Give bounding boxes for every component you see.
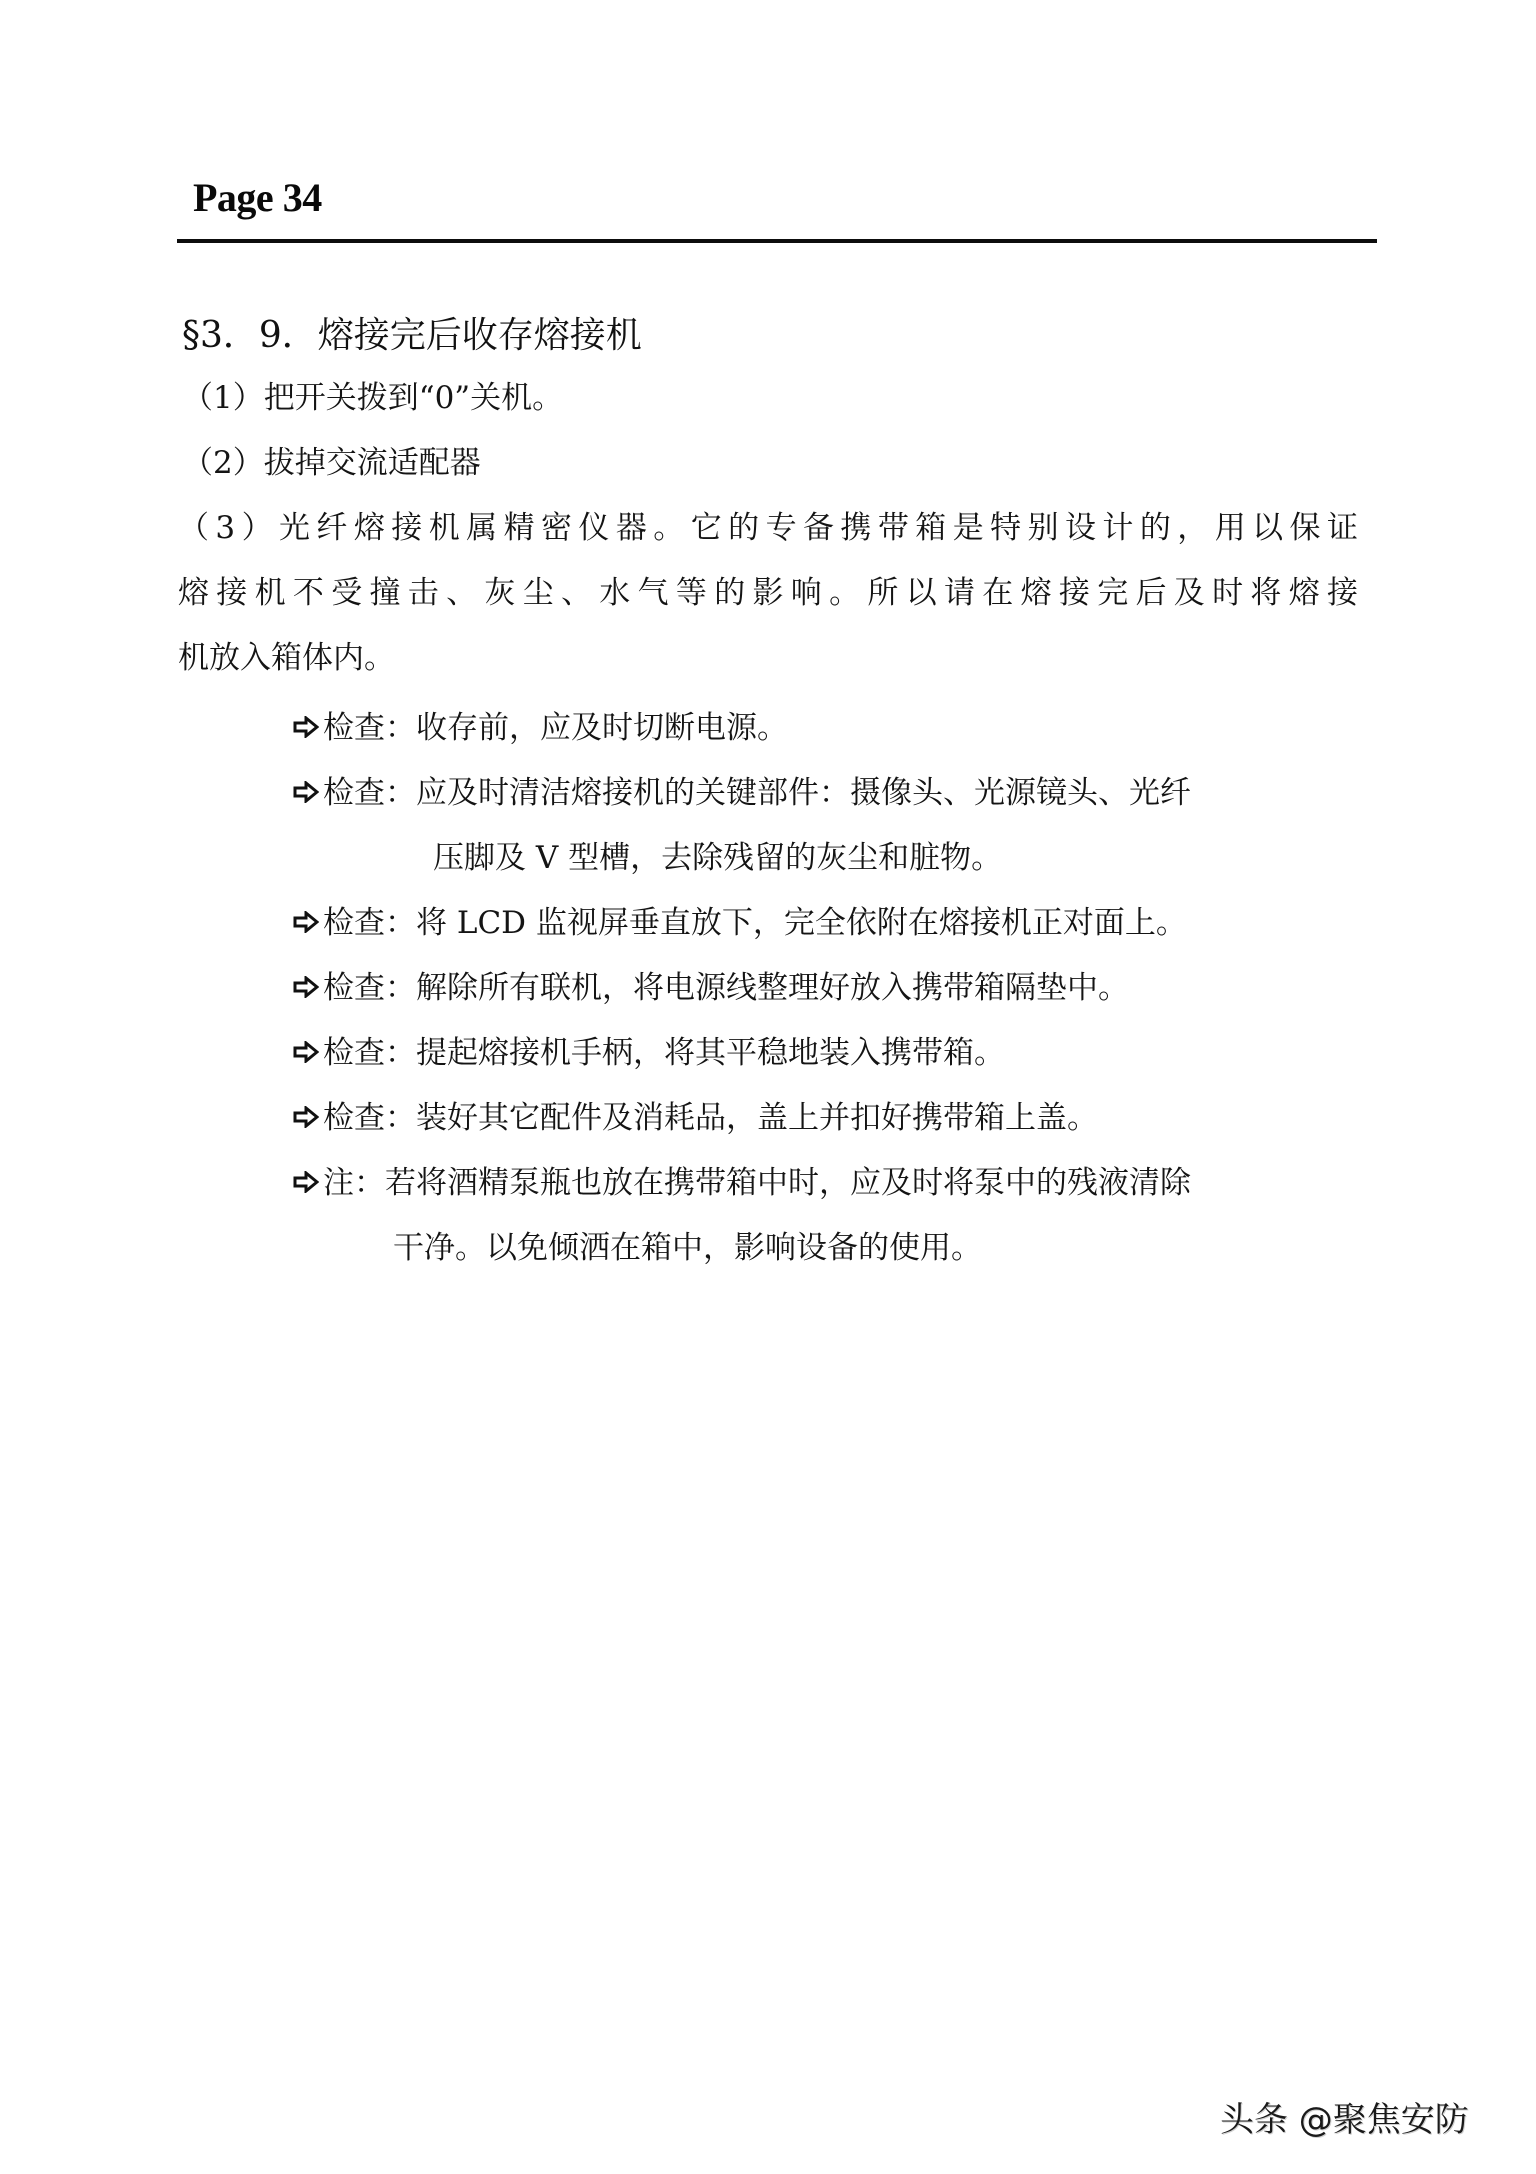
page-header: Page 34 xyxy=(193,176,322,220)
check-item: 检查：收存前，应及时切断电源。 xyxy=(293,708,788,748)
arrow-right-outline-icon xyxy=(293,1171,323,1193)
arrow-right-outline-icon xyxy=(293,716,323,738)
check-item-continuation: 压脚及 V 型槽，去除残留的灰尘和脏物。 xyxy=(433,838,1002,878)
note-item: 注：若将酒精泵瓶也放在携带箱中时，应及时将泵中的残液清除 xyxy=(293,1163,1191,1203)
arrow-right-outline-icon xyxy=(293,781,323,803)
check-item: 检查：将 LCD 监视屏垂直放下，完全依附在熔接机正对面上。 xyxy=(293,903,1187,943)
section-heading: §3．9．熔接完后收存熔接机 xyxy=(182,313,642,359)
arrow-right-outline-icon xyxy=(293,1106,323,1128)
check-text: 检查：解除所有联机，将电源线整理好放入携带箱隔垫中。 xyxy=(323,970,1129,1006)
check-item: 检查：应及时清洁熔接机的关键部件：摄像头、光源镜头、光纤 xyxy=(293,773,1191,813)
note-text: 注：若将酒精泵瓶也放在携带箱中时，应及时将泵中的残液清除 xyxy=(323,1165,1191,1201)
check-text: 检查：提起熔接机手柄，将其平稳地装入携带箱。 xyxy=(323,1035,1005,1071)
check-item: 检查：解除所有联机，将电源线整理好放入携带箱隔垫中。 xyxy=(293,968,1129,1008)
check-text: 检查：装好其它配件及消耗品，盖上并扣好携带箱上盖。 xyxy=(323,1100,1098,1136)
step-3-line-3: 机放入箱体内。 xyxy=(178,638,395,678)
check-item: 检查：提起熔接机手柄，将其平稳地装入携带箱。 xyxy=(293,1033,1005,1073)
arrow-right-outline-icon xyxy=(293,1041,323,1063)
note-item-continuation: 干净。以免倾洒在箱中，影响设备的使用。 xyxy=(393,1228,982,1268)
arrow-right-outline-icon xyxy=(293,911,323,933)
header-rule xyxy=(177,239,1377,243)
check-item: 检查：装好其它配件及消耗品，盖上并扣好携带箱上盖。 xyxy=(293,1098,1098,1138)
check-text: 检查：收存前，应及时切断电源。 xyxy=(323,710,788,746)
step-1: （1）把开关拨到“0”关机。 xyxy=(182,378,563,418)
step-3-line-1: （3）光纤熔接机属精密仪器。它的专备携带箱是特别设计的，用以保证 xyxy=(178,508,1358,548)
arrow-right-outline-icon xyxy=(293,976,323,998)
check-text: 检查：将 LCD 监视屏垂直放下，完全依附在熔接机正对面上。 xyxy=(323,905,1187,941)
step-2: （2）拔掉交流适配器 xyxy=(182,443,481,483)
step-3-line-2: 熔接机不受撞击、灰尘、水气等的影响。所以请在熔接完后及时将熔接 xyxy=(178,573,1358,613)
watermark: 头条 @聚焦安防 xyxy=(1220,2100,1469,2140)
check-text: 检查：应及时清洁熔接机的关键部件：摄像头、光源镜头、光纤 xyxy=(323,775,1191,811)
